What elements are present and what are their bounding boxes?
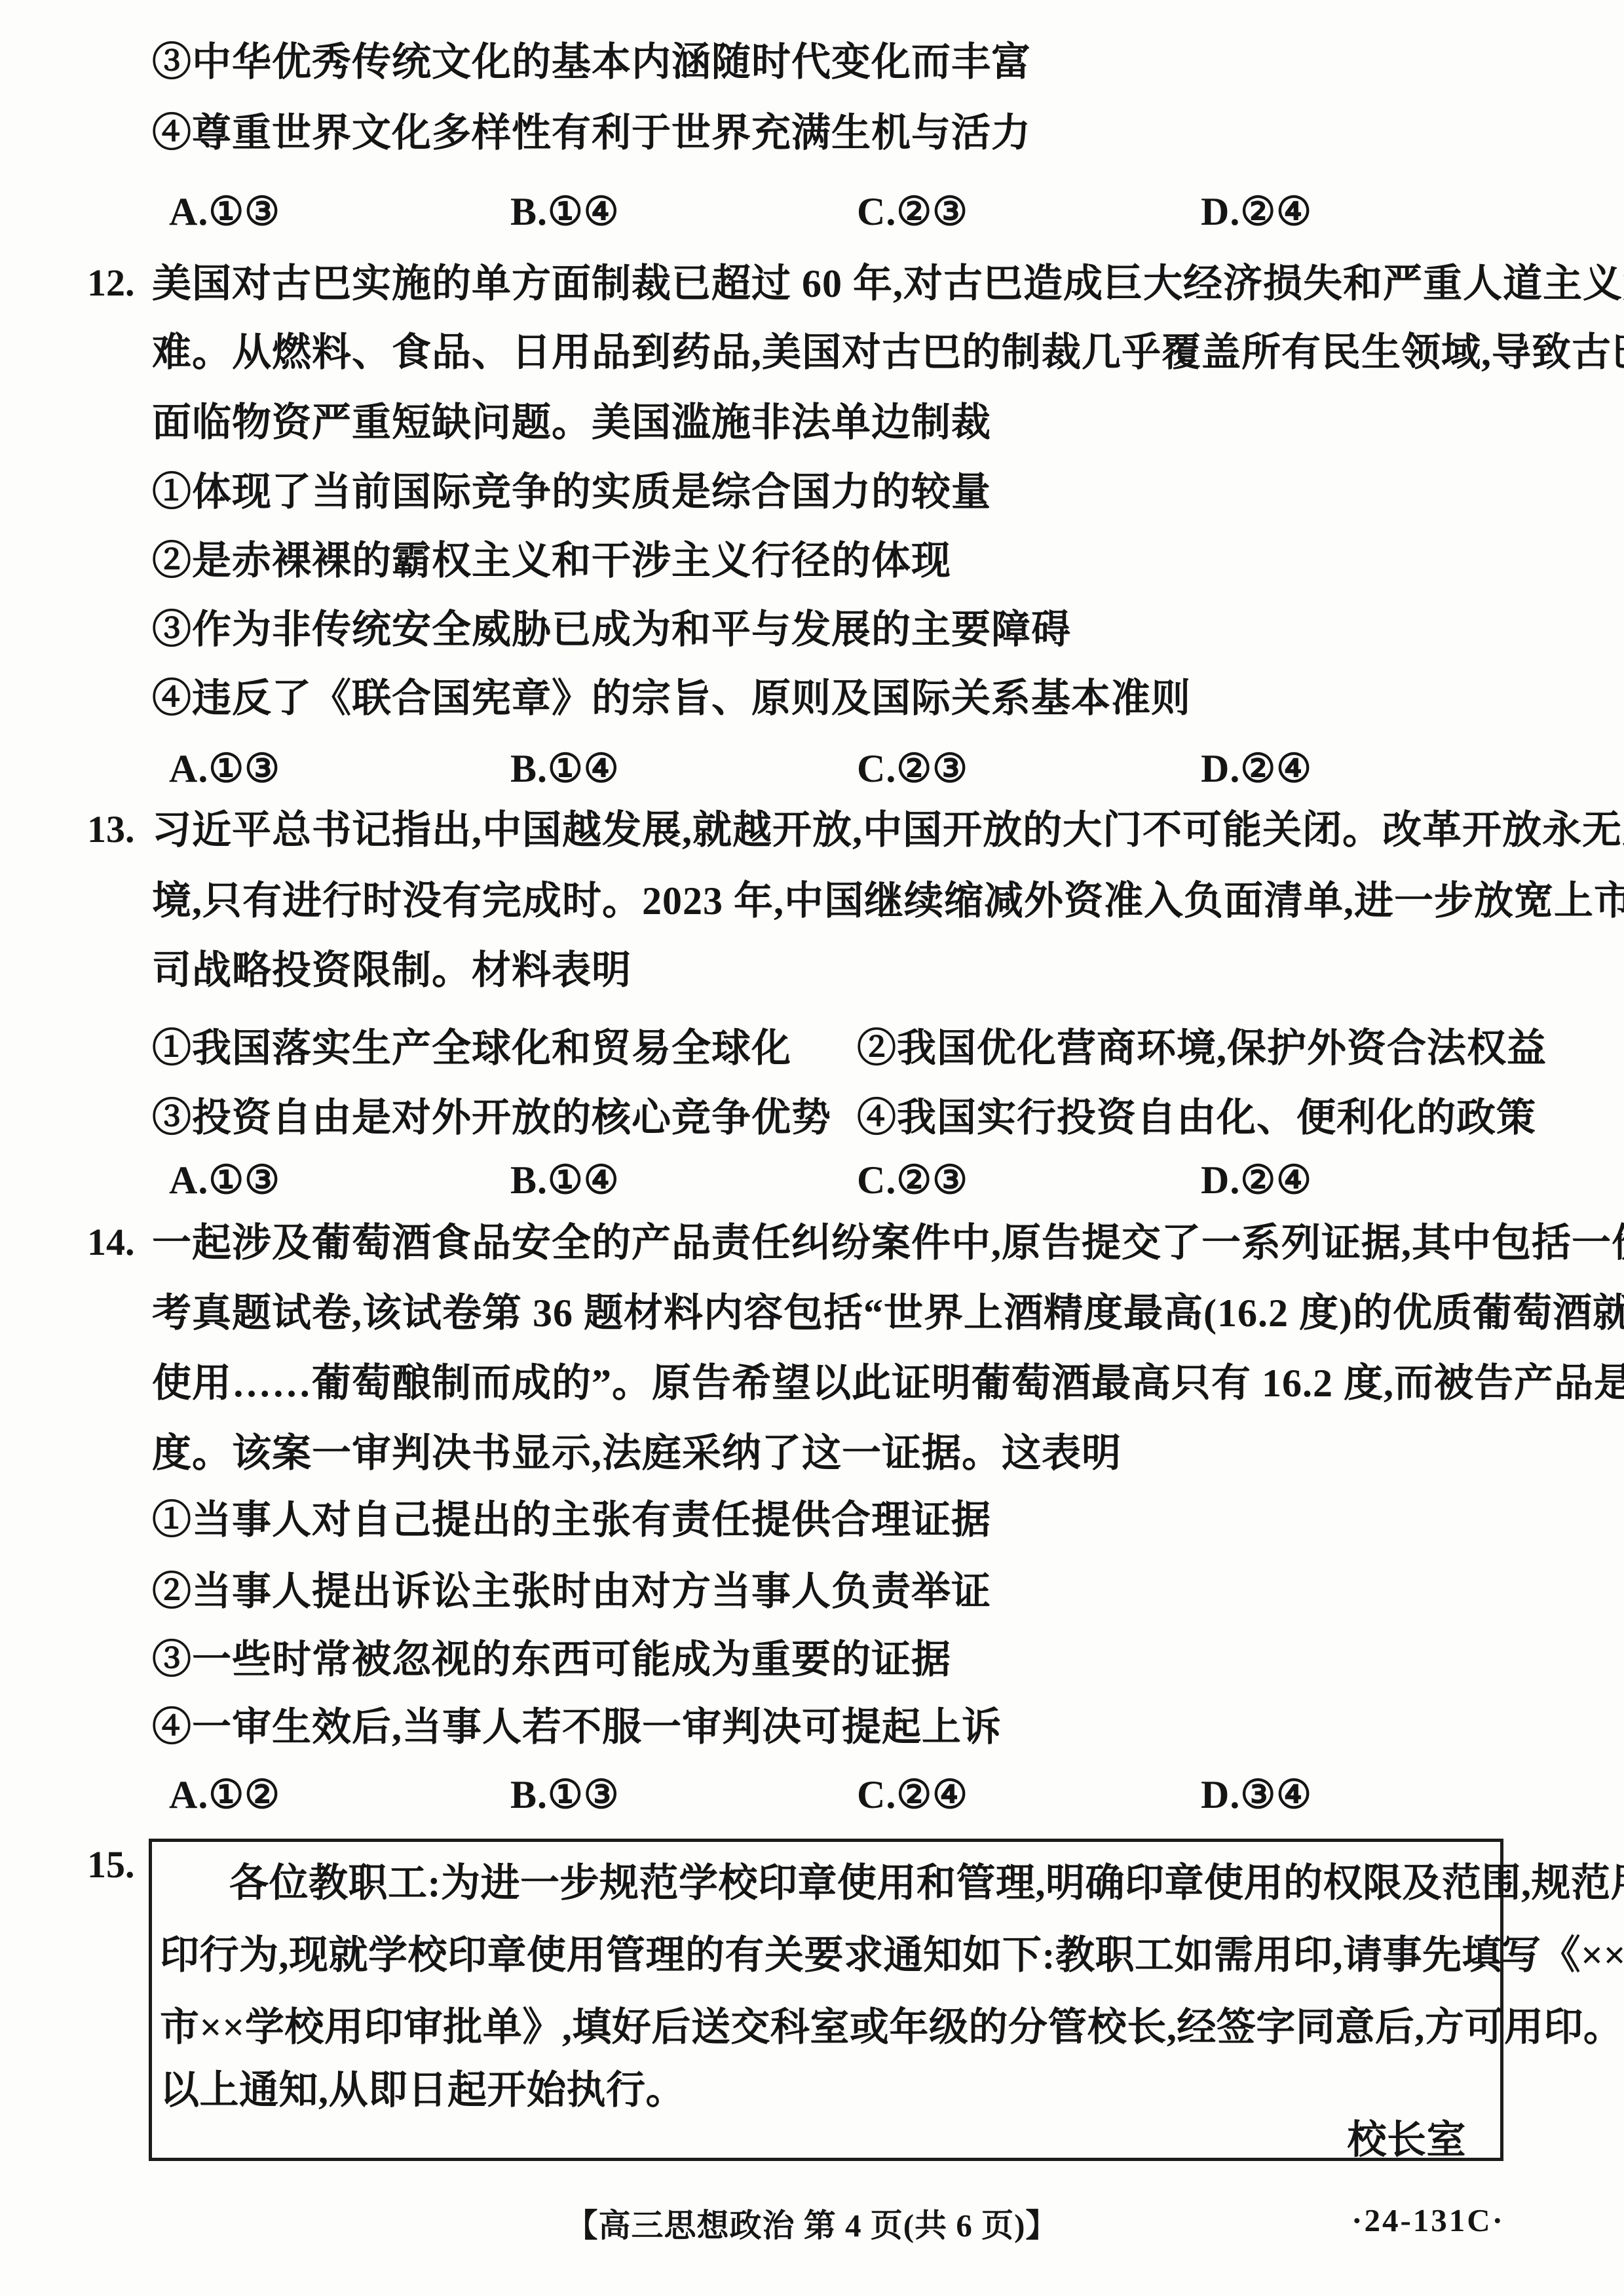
q13-stem-line-1: 习近平总书记指出,中国越发展,就越开放,中国开放的大门不可能关闭。改革开放永无止 <box>152 807 1624 854</box>
q13-item-1: ①我国落实生产全球化和贸易全球化 <box>152 1017 791 1073</box>
q11-option-b: B.①④ <box>510 189 620 235</box>
q13-item-3: ③投资自由是对外开放的核心竞争优势 <box>152 1086 831 1143</box>
q13-number: 13. <box>87 807 135 851</box>
q11-option-a: A.①③ <box>169 189 280 235</box>
q14-option-b: B.①③ <box>510 1772 620 1818</box>
q15-notice-line-1: 各位教职工:为进一步规范学校印章使用和管理,明确印章使用的权限及范围,规范用 <box>229 1860 1624 1907</box>
q14-option-d: D.③④ <box>1201 1772 1312 1818</box>
q14-item-4: ④一审生效后,当事人若不服一审判决可提起上诉 <box>152 1704 1002 1751</box>
q14-stem-line-3: 使用……葡萄酿制而成的”。原告希望以此证明葡萄酒最高只有 16.2 度,而被告产… <box>152 1360 1624 1407</box>
footer-paper-code: ·24-131C· <box>1351 2202 1505 2239</box>
q15-notice-box: 各位教职工:为进一步规范学校印章使用和管理,明确印章使用的权限及范围,规范用 印… <box>149 1839 1503 2161</box>
q14-option-a: A.①② <box>169 1772 280 1818</box>
q14-stem-line-1: 一起涉及葡萄酒食品安全的产品责任纠纷案件中,原告提交了一系列证据,其中包括一份高 <box>152 1220 1624 1267</box>
q14-item-3: ③一些时常被忽视的东西可能成为重要的证据 <box>152 1637 951 1683</box>
q12-number: 12. <box>87 261 135 305</box>
q11-option-d: D.②④ <box>1201 189 1312 235</box>
q12-options-row: A.①③ B.①④ C.②③ D.②④ <box>0 746 1624 802</box>
q14-stem-line-2: 考真题试卷,该试卷第 36 题材料内容包括“世界上酒精度最高(16.2 度)的优… <box>152 1290 1624 1337</box>
q14-number: 14. <box>87 1220 135 1264</box>
q15-notice-line-4: 以上通知,从即日起开始执行。 <box>160 2067 685 2114</box>
q11-options-row: A.①③ B.①④ C.②③ D.②④ <box>0 189 1624 245</box>
q14-item-2: ②当事人提出诉讼主张时由对方当事人负责举证 <box>152 1569 991 1615</box>
q12-option-c: C.②③ <box>857 746 968 792</box>
q13-options-row: A.①③ B.①④ C.②③ D.②④ <box>0 1157 1624 1214</box>
q14-option-c: C.②④ <box>857 1772 968 1818</box>
q12-item-4: ④违反了《联合国宪章》的宗旨、原则及国际关系基本准则 <box>152 676 1191 722</box>
q13-item-2: ②我国优化营商环境,保护外资合法权益 <box>857 1017 1547 1073</box>
q15-notice-line-2: 印行为,现就学校印章使用管理的有关要求通知如下:教职工如需用印,请事先填写《×× <box>160 1932 1624 1979</box>
q12-stem-line-2: 难。从燃料、食品、日用品到药品,美国对古巴的制裁几乎覆盖所有民生领域,导致古巴长… <box>152 330 1624 376</box>
q14-options-row: A.①② B.①③ C.②④ D.③④ <box>0 1772 1624 1828</box>
q12-item-2: ②是赤裸裸的霸权主义和干涉主义行径的体现 <box>152 538 951 584</box>
q13-option-d: D.②④ <box>1201 1157 1312 1203</box>
q13-items-row-1: ①我国落实生产全球化和贸易全球化 ②我国优化营商环境,保护外资合法权益 <box>0 1017 1624 1073</box>
exam-page: ③中华优秀传统文化的基本内涵随时代变化而丰富 ④尊重世界文化多样性有利于世界充满… <box>0 0 1624 2296</box>
q12-stem-line-1: 美国对古巴实施的单方面制裁已超过 60 年,对古巴造成巨大经济损失和严重人道主义… <box>152 261 1624 307</box>
q12-stem-line-3: 面临物资严重短缺问题。美国滥施非法单边制裁 <box>152 400 991 446</box>
q13-option-b: B.①④ <box>510 1157 620 1203</box>
q11-item-3: ③中华优秀传统文化的基本内涵随时代变化而丰富 <box>152 39 1031 86</box>
q12-option-b: B.①④ <box>510 746 620 792</box>
q15-signature: 校长室 <box>1348 2117 1467 2164</box>
q11-option-c: C.②③ <box>857 189 968 235</box>
q13-item-4: ④我国实行投资自由化、便利化的政策 <box>857 1086 1536 1143</box>
q12-option-a: A.①③ <box>169 746 280 792</box>
q15-notice-line-3: 市××学校用印审批单》,填好后送交科室或年级的分管校长,经签字同意后,方可用印。 <box>160 2004 1623 2051</box>
q14-stem-line-4: 度。该案一审判决书显示,法庭采纳了这一证据。这表明 <box>152 1430 1122 1477</box>
q13-option-c: C.②③ <box>857 1157 968 1203</box>
q13-stem-line-2: 境,只有进行时没有完成时。2023 年,中国继续缩减外资准入负面清单,进一步放宽… <box>152 878 1624 925</box>
q12-item-3: ③作为非传统安全威胁已成为和平与发展的主要障碍 <box>152 607 1071 653</box>
q12-option-d: D.②④ <box>1201 746 1312 792</box>
q13-option-a: A.①③ <box>169 1157 280 1203</box>
q14-item-1: ①当事人对自己提出的主张有责任提供合理证据 <box>152 1497 991 1544</box>
q13-items-row-2: ③投资自由是对外开放的核心竞争优势 ④我国实行投资自由化、便利化的政策 <box>0 1086 1624 1143</box>
q12-item-1: ①体现了当前国际竞争的实质是综合国力的较量 <box>152 469 991 516</box>
q11-item-4: ④尊重世界文化多样性有利于世界充满生机与活力 <box>152 110 1031 157</box>
q15-number: 15. <box>87 1843 135 1886</box>
q13-stem-line-3: 司战略投资限制。材料表明 <box>152 947 632 994</box>
